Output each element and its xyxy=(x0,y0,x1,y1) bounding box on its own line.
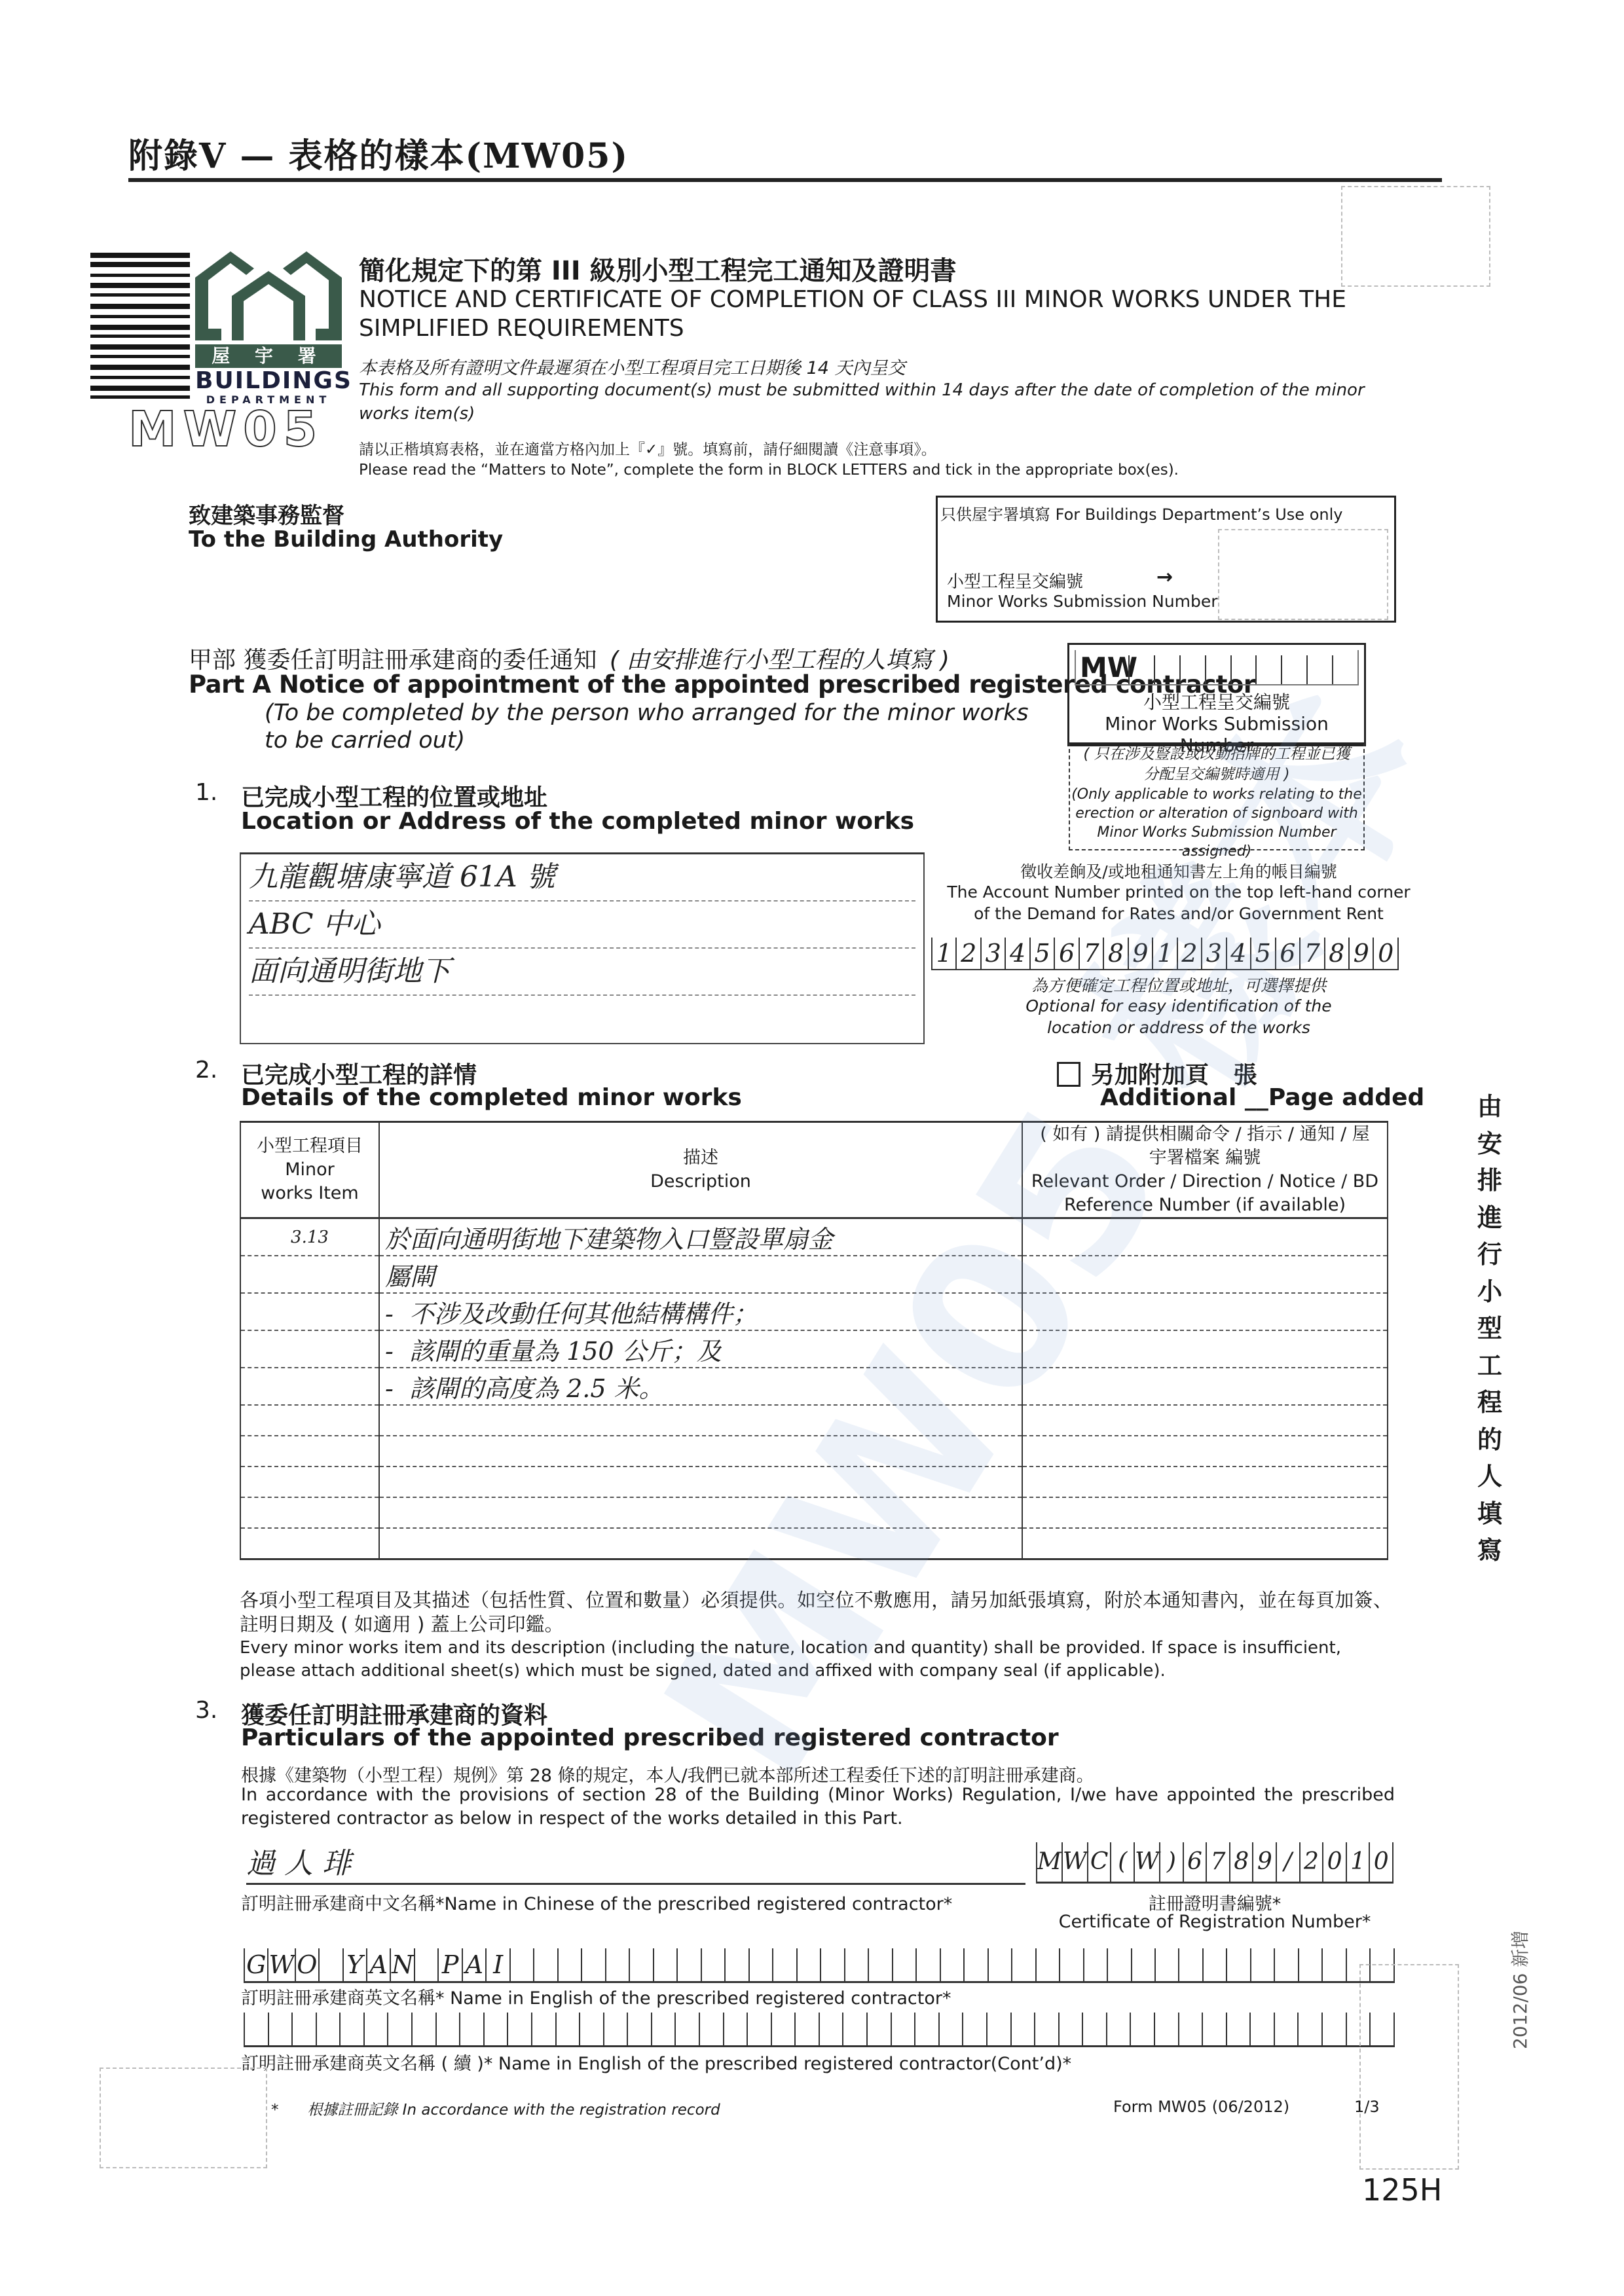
name-char-cell[interactable]: N xyxy=(390,1948,413,1981)
name-char-cell[interactable] xyxy=(531,2013,555,2045)
cert-char-cell[interactable]: 8 xyxy=(1229,1842,1253,1882)
name-char-cell[interactable] xyxy=(291,2013,316,2045)
name-char-cell[interactable] xyxy=(1298,1948,1321,1981)
name-char-cell[interactable] xyxy=(605,1948,629,1981)
item-cell[interactable] xyxy=(240,1256,379,1293)
certificate-number-label-en: Certificate of Registration Number* xyxy=(1036,1912,1393,1932)
punch-mark-bottom-left xyxy=(100,2068,267,2168)
name-char-cell[interactable]: Y xyxy=(342,1948,366,1981)
bd-use-title: 只供屋宇署填寫 For Buildings Department’s Use o… xyxy=(940,501,1342,524)
logo-buildings: BUILDINGS xyxy=(195,368,342,394)
logo-chinese-banner: 屋 宇 署 xyxy=(195,344,342,368)
item-cell[interactable] xyxy=(240,1405,379,1436)
side-label-char: 的 xyxy=(1473,1421,1506,1459)
side-label-char: 型 xyxy=(1473,1310,1506,1347)
name-char-cell[interactable] xyxy=(1226,2013,1250,2045)
footer-page-count: 1/3 xyxy=(1354,2098,1380,2116)
cert-char-cell[interactable]: ( xyxy=(1110,1842,1134,1882)
name-char-cell[interactable] xyxy=(794,2013,819,2045)
name-char-cell[interactable] xyxy=(1178,2013,1202,2045)
contractor-name-en-cont-field[interactable] xyxy=(244,2013,1395,2047)
table-row: 3.13於面向通明街地下建築物入口豎設單扇金 xyxy=(240,1218,1388,1256)
name-char-cell[interactable]: P xyxy=(437,1948,461,1981)
side-stamp-date: 2012/06 新增 xyxy=(1506,1931,1532,2049)
name-char-cell[interactable] xyxy=(603,2013,627,2045)
reference-cell[interactable] xyxy=(1022,1528,1388,1559)
arrow-right-icon: → xyxy=(1156,566,1173,589)
name-char-cell[interactable] xyxy=(771,2013,795,2045)
name-char-cell[interactable] xyxy=(555,2013,580,2045)
name-char-cell[interactable] xyxy=(1107,1948,1130,1981)
reference-cell[interactable] xyxy=(1022,1497,1388,1528)
name-char-cell[interactable] xyxy=(1011,1948,1035,1981)
address-line[interactable]: 面向通明街地下 xyxy=(249,949,915,996)
cert-char-cell[interactable]: 7 xyxy=(1206,1842,1229,1882)
side-label-char: 人 xyxy=(1473,1458,1506,1495)
form-code-outline: MW05 xyxy=(128,403,344,456)
name-char-cell[interactable] xyxy=(1083,1948,1107,1981)
name-char-cell[interactable] xyxy=(986,2013,1010,2045)
punch-mark-top-right xyxy=(1341,186,1490,287)
name-char-cell[interactable]: G xyxy=(244,1948,267,1981)
name-char-cell[interactable] xyxy=(891,2013,915,2045)
name-char-cell[interactable] xyxy=(1178,1948,1202,1981)
name-char-cell[interactable] xyxy=(1202,2013,1226,2045)
name-char-cell[interactable] xyxy=(963,1948,987,1981)
section1-number: 1. xyxy=(195,779,217,806)
name-char-cell[interactable] xyxy=(914,2013,938,2045)
name-char-cell[interactable] xyxy=(339,2013,363,2045)
deadline-en: This form and all supporting document(s)… xyxy=(359,378,1407,426)
name-char-cell[interactable] xyxy=(1226,1948,1249,1981)
cert-char-cell[interactable]: 2 xyxy=(1299,1842,1323,1882)
side-label-char: 填 xyxy=(1473,1495,1506,1533)
name-char-cell[interactable] xyxy=(940,1948,963,1981)
name-char-cell[interactable] xyxy=(748,1948,772,1981)
side-label-char: 工 xyxy=(1473,1347,1506,1385)
item-cell[interactable] xyxy=(240,1436,379,1467)
name-char-cell[interactable] xyxy=(653,1948,676,1981)
item-cell[interactable] xyxy=(240,1293,379,1330)
name-char-cell[interactable] xyxy=(1321,2013,1346,2045)
account-digit-cell[interactable]: 1 xyxy=(931,938,955,969)
name-char-cell[interactable]: A xyxy=(366,1948,390,1981)
col-item-zh: 小型工程項目 xyxy=(241,1135,378,1158)
footer-form-version: Form MW05 (06/2012) xyxy=(1113,2098,1289,2116)
name-char-cell[interactable] xyxy=(1131,1948,1154,1981)
name-char-cell[interactable] xyxy=(1082,2013,1106,2045)
cert-char-cell[interactable]: 0 xyxy=(1369,1842,1393,1882)
name-char-cell[interactable] xyxy=(629,1948,652,1981)
side-label-char: 小 xyxy=(1473,1273,1506,1311)
name-char-cell[interactable] xyxy=(987,1948,1011,1981)
name-char-cell[interactable] xyxy=(318,1948,342,1981)
name-char-cell[interactable] xyxy=(842,2013,866,2045)
column-header-item: 小型工程項目 Minor works Item xyxy=(240,1122,379,1218)
item-cell[interactable] xyxy=(240,1467,379,1497)
reference-cell[interactable] xyxy=(1022,1467,1388,1497)
house-roof-icon xyxy=(195,251,342,340)
contractor-name-en-field[interactable]: GWOYANPAI xyxy=(244,1948,1395,1983)
name-char-cell[interactable] xyxy=(796,1948,820,1981)
item-cell[interactable] xyxy=(240,1368,379,1405)
cert-char-cell[interactable]: C xyxy=(1087,1842,1111,1882)
mw-digit-cell[interactable] xyxy=(1128,655,1154,684)
name-char-cell[interactable] xyxy=(962,2013,986,2045)
part-a-note-en: (To be completed by the person who arran… xyxy=(265,699,1050,754)
section3-number: 3. xyxy=(195,1697,217,1724)
name-char-cell[interactable] xyxy=(1250,1948,1274,1981)
contractor-name-en-label: 訂明註冊承建商英文名稱* Name in English of the pres… xyxy=(241,1984,951,2009)
mw-digit-cell[interactable] xyxy=(1332,655,1357,684)
section1-heading-en: Location or Address of the completed min… xyxy=(241,808,914,835)
name-char-cell[interactable] xyxy=(1297,2013,1321,2045)
deadline-zh: 本表格及所有證明文件最遲須在小型工程項目完工日期後 14 天內呈交 xyxy=(359,354,906,379)
name-char-cell[interactable] xyxy=(1274,1948,1297,1981)
name-char-cell[interactable] xyxy=(435,2013,460,2045)
section2-heading-en: Details of the completed minor works xyxy=(241,1084,742,1111)
name-char-cell[interactable] xyxy=(892,1948,915,1981)
side-label-char: 由 xyxy=(1473,1088,1506,1125)
name-char-cell[interactable] xyxy=(387,2013,411,2045)
name-char-cell[interactable] xyxy=(507,2013,531,2045)
account-digit-cell[interactable]: 2 xyxy=(955,938,980,969)
contractor-name-en-cont-label: 訂明註冊承建商英文名稱 ( 續 )* Name in English of th… xyxy=(241,2049,1071,2075)
cert-char-cell[interactable]: 6 xyxy=(1183,1842,1206,1882)
name-char-cell[interactable] xyxy=(244,2013,268,2045)
addressee-en: To the Building Authority xyxy=(189,526,503,553)
address-line[interactable]: ABC 中心 xyxy=(249,902,915,949)
cert-char-cell[interactable]: M xyxy=(1036,1842,1061,1882)
form-title-en: NOTICE AND CERTIFICATE OF COMPLETION OF … xyxy=(359,285,1420,343)
name-char-cell[interactable] xyxy=(1058,2013,1082,2045)
name-char-cell[interactable] xyxy=(938,2013,963,2045)
part-a-note-zh: ( 由安排進行小型工程的人填寫 ) xyxy=(610,647,950,674)
side-label-char: 寫 xyxy=(1473,1532,1506,1569)
name-char-cell[interactable] xyxy=(268,2013,292,2045)
header-rule xyxy=(128,178,1442,182)
address-line[interactable]: 九龍觀塘康寧道 61A 號 xyxy=(249,854,915,902)
cert-char-cell[interactable]: ) xyxy=(1159,1842,1183,1882)
cert-char-cell[interactable]: 0 xyxy=(1322,1842,1346,1882)
mw-prefix: MW xyxy=(1076,651,1128,684)
side-label-vertical: 由安排進行小型工程的人填寫 xyxy=(1473,1088,1506,1569)
section3-heading-en: Particulars of the appointed prescribed … xyxy=(241,1724,1059,1751)
side-label-char: 安 xyxy=(1473,1125,1506,1163)
account-digit-cell[interactable]: 3 xyxy=(980,938,1005,969)
name-char-cell[interactable] xyxy=(1010,2013,1035,2045)
part-a-title-zh: 甲部 獲委任訂明註冊承建商的委任通知 xyxy=(189,647,597,674)
name-char-cell[interactable] xyxy=(411,2013,435,2045)
side-label-char: 行 xyxy=(1473,1236,1506,1273)
name-char-cell[interactable] xyxy=(699,2013,723,2045)
form-title-zh: 簡化規定下的第 III 級別小型工程完工通知及證明書 xyxy=(359,250,957,287)
name-char-cell[interactable]: A xyxy=(462,1948,485,1981)
name-char-cell[interactable] xyxy=(557,1948,581,1981)
certificate-number-field[interactable]: MWC(W)6789/2010 xyxy=(1036,1842,1393,1884)
name-char-cell[interactable] xyxy=(915,1948,939,1981)
bd-use-only-box: 只供屋宇署填寫 For Buildings Department’s Use o… xyxy=(936,496,1396,623)
cert-char-cell[interactable]: / xyxy=(1276,1842,1299,1882)
bd-submission-number-field[interactable] xyxy=(1218,529,1388,620)
name-char-cell[interactable] xyxy=(533,1948,557,1981)
col-item-en: Minor works Item xyxy=(241,1158,378,1205)
name-char-cell[interactable]: I xyxy=(485,1948,509,1981)
name-char-cell[interactable] xyxy=(1274,2013,1298,2045)
name-char-cell[interactable]: O xyxy=(295,1948,318,1981)
name-char-cell[interactable] xyxy=(579,2013,603,2045)
name-char-cell[interactable] xyxy=(772,1948,796,1981)
name-char-cell[interactable] xyxy=(1154,2013,1178,2045)
name-char-cell[interactable] xyxy=(724,1948,748,1981)
name-char-cell[interactable] xyxy=(509,1948,533,1981)
name-char-cell[interactable] xyxy=(1034,2013,1058,2045)
item-cell[interactable]: 3.13 xyxy=(240,1218,379,1256)
name-char-cell[interactable] xyxy=(1321,1948,1345,1981)
name-char-cell[interactable] xyxy=(651,2013,675,2045)
bd-submission-label-zh: 小型工程呈交編號 xyxy=(947,568,1083,592)
name-char-cell[interactable] xyxy=(723,2013,747,2045)
page-header-title: 附錄V — 表格的樣本(MW05) xyxy=(128,128,629,177)
name-char-cell[interactable] xyxy=(483,2013,507,2045)
address-line[interactable] xyxy=(249,996,915,1042)
name-char-cell[interactable] xyxy=(674,2013,699,2045)
name-char-cell[interactable] xyxy=(701,1948,724,1981)
side-label-char: 排 xyxy=(1473,1162,1506,1199)
name-char-cell[interactable] xyxy=(316,2013,340,2045)
side-label-char: 進 xyxy=(1473,1199,1506,1237)
item-cell[interactable] xyxy=(240,1528,379,1559)
name-char-cell[interactable] xyxy=(844,1948,868,1981)
instructions-en: Please read the “Matters to Note”, compl… xyxy=(359,462,1179,479)
contractor-name-zh-field[interactable]: 過 人 琲 xyxy=(246,1846,1025,1885)
name-char-cell[interactable] xyxy=(1059,1948,1082,1981)
name-char-cell[interactable] xyxy=(363,2013,388,2045)
instructions-zh: 請以正楷填寫表格，並在適當方格內加上『✓』號。填寫前，請仔細閱讀《注意事項》。 xyxy=(359,437,936,459)
barcode-stripes xyxy=(90,253,190,401)
address-field-box: 九龍觀塘康寧道 61A 號ABC 中心面向通明街地下 xyxy=(240,852,925,1044)
name-char-cell[interactable] xyxy=(1154,1948,1178,1981)
reference-cell[interactable] xyxy=(1022,1436,1388,1467)
name-char-cell[interactable] xyxy=(1202,1948,1226,1981)
buildings-department-logo: 屋 宇 署 BUILDINGS DEPARTMENT xyxy=(195,251,342,402)
name-char-cell[interactable] xyxy=(676,1948,700,1981)
name-char-cell[interactable] xyxy=(627,2013,651,2045)
item-cell[interactable] xyxy=(240,1330,379,1368)
item-cell[interactable] xyxy=(240,1497,379,1528)
name-char-cell[interactable] xyxy=(459,2013,483,2045)
cert-char-cell[interactable]: W xyxy=(1061,1842,1087,1882)
name-char-cell[interactable] xyxy=(820,1948,843,1981)
cert-char-cell[interactable]: W xyxy=(1134,1842,1159,1882)
mw-digit-cell[interactable] xyxy=(1154,655,1179,684)
name-char-cell[interactable] xyxy=(868,1948,891,1981)
name-char-cell[interactable] xyxy=(1249,2013,1274,2045)
name-char-cell[interactable]: W xyxy=(267,1948,294,1981)
name-char-cell[interactable] xyxy=(866,2013,891,2045)
footer-asterisk-note: * 根據註冊記錄 In accordance with the registra… xyxy=(271,2098,720,2119)
section2-number: 2. xyxy=(195,1057,217,1084)
name-char-cell[interactable] xyxy=(1130,2013,1154,2045)
bd-submission-label-en: Minor Works Submission Number xyxy=(947,592,1218,611)
name-char-cell[interactable] xyxy=(747,2013,771,2045)
cert-char-cell[interactable]: 1 xyxy=(1346,1842,1369,1882)
contractor-name-zh-label: 訂明註冊承建商中文名稱*Name in Chinese of the presc… xyxy=(241,1889,952,1915)
name-char-cell[interactable] xyxy=(1035,1948,1059,1981)
side-label-char: 程 xyxy=(1473,1384,1506,1421)
name-char-cell[interactable] xyxy=(581,1948,604,1981)
addressee-zh: 致建築事務監督 xyxy=(189,498,344,530)
name-char-cell[interactable] xyxy=(819,2013,843,2045)
name-char-cell[interactable] xyxy=(1106,2013,1130,2045)
page-number: 125H xyxy=(1362,2172,1442,2208)
cert-char-cell[interactable]: 9 xyxy=(1252,1842,1276,1882)
punch-mark-bottom-right xyxy=(1359,1964,1459,2170)
name-char-cell[interactable] xyxy=(414,1948,437,1981)
